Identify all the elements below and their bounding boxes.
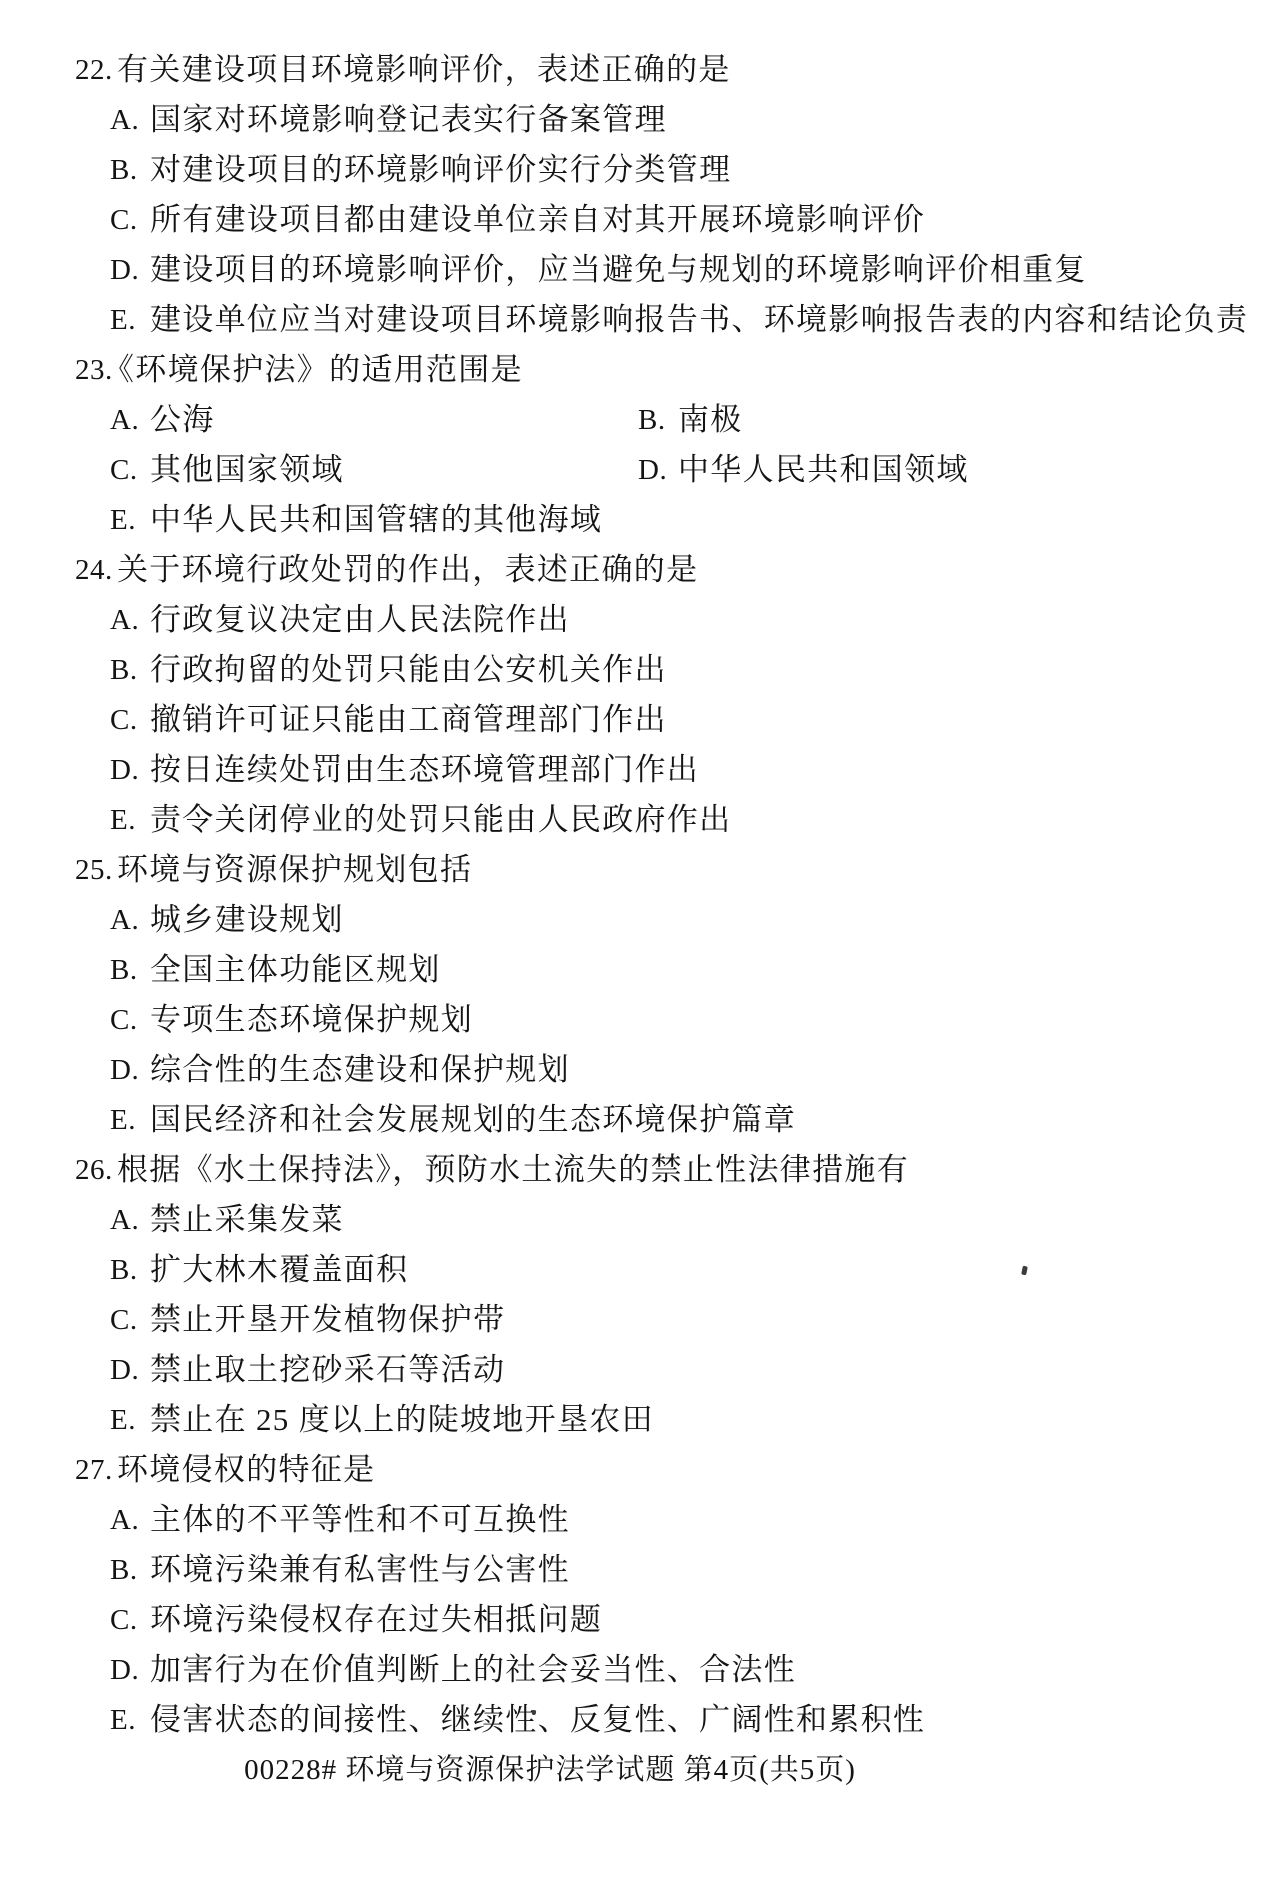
page-footer: 00228# 环境与资源保护法学试题 第4页(共5页)	[0, 1745, 1100, 1795]
option-row: E.建设单位应当对建设项目环境影响报告书、环境影响报告表的内容和结论负责	[0, 295, 1268, 345]
option-text: 撤销许可证只能由工商管理部门作出	[150, 695, 667, 745]
option-row: B.对建设项目的环境影响评价实行分类管理	[0, 145, 1268, 195]
option-row: A.国家对环境影响登记表实行备案管理	[0, 95, 1268, 145]
option-label: E.	[110, 1095, 150, 1145]
question: 22.有关建设项目环境影响评价，表述正确的是A.国家对环境影响登记表实行备案管理…	[0, 45, 1268, 345]
question-list: 22.有关建设项目环境影响评价，表述正确的是A.国家对环境影响登记表实行备案管理…	[0, 45, 1268, 1745]
question: 26.根据《水土保持法》，预防水土流失的禁止性法律措施有A.禁止采集发菜B.扩大…	[0, 1145, 1268, 1445]
question-head: 23.《环境保护法》的适用范围是	[0, 345, 1268, 395]
option: A.行政复议决定由人民法院作出	[110, 595, 570, 645]
option-label: B.	[110, 945, 150, 995]
option-row: A.禁止采集发菜	[0, 1195, 1268, 1245]
option: E.侵害状态的间接性、继续性、反复性、广阔性和累积性	[110, 1695, 925, 1745]
option-row: C.专项生态环境保护规划	[0, 995, 1268, 1045]
option-text: 行政拘留的处罚只能由公安机关作出	[150, 645, 667, 695]
option-row: C.撤销许可证只能由工商管理部门作出	[0, 695, 1268, 745]
question: 23.《环境保护法》的适用范围是A.公海B.南极C.其他国家领域D.中华人民共和…	[0, 345, 1268, 545]
option: E.禁止在 25 度以上的陡坡地开垦农田	[110, 1395, 654, 1445]
option-row: A.城乡建设规划	[0, 895, 1268, 945]
option-text: 国家对环境影响登记表实行备案管理	[150, 95, 667, 145]
question-head: 24.关于环境行政处罚的作出，表述正确的是	[0, 545, 1268, 595]
option-label: B.	[110, 145, 150, 195]
option-label: B.	[638, 395, 678, 445]
option: A.禁止采集发菜	[110, 1195, 344, 1245]
question-number: 27.	[75, 1445, 117, 1495]
option-text: 侵害状态的间接性、继续性、反复性、广阔性和累积性	[150, 1695, 925, 1745]
option-row: B.环境污染兼有私害性与公害性	[0, 1545, 1268, 1595]
option-text: 城乡建设规划	[150, 895, 344, 945]
option-text: 专项生态环境保护规划	[150, 995, 473, 1045]
option: C.专项生态环境保护规划	[110, 995, 473, 1045]
option: B.扩大林木覆盖面积	[110, 1245, 408, 1295]
option-label: C.	[110, 995, 150, 1045]
option-text: 其他国家领域	[150, 445, 344, 495]
option: E.国民经济和社会发展规划的生态环境保护篇章	[110, 1095, 796, 1145]
option-label: D.	[638, 445, 678, 495]
option-row: D.按日连续处罚由生态环境管理部门作出	[0, 745, 1268, 795]
option-row: D.综合性的生态建设和保护规划	[0, 1045, 1268, 1095]
option-row: E.国民经济和社会发展规划的生态环境保护篇章	[0, 1095, 1268, 1145]
option-label: D.	[110, 245, 150, 295]
option-row: E.责令关闭停业的处罚只能由人民政府作出	[0, 795, 1268, 845]
option-row: E.禁止在 25 度以上的陡坡地开垦农田	[0, 1395, 1268, 1445]
option-label: E.	[110, 295, 150, 345]
option-row: B.行政拘留的处罚只能由公安机关作出	[0, 645, 1268, 695]
option-label: A.	[110, 1495, 150, 1545]
question-stem: 有关建设项目环境影响评价，表述正确的是	[117, 45, 731, 95]
option-label: A.	[110, 595, 150, 645]
option-row: E.侵害状态的间接性、继续性、反复性、广阔性和累积性	[0, 1695, 1268, 1745]
option-label: C.	[110, 445, 150, 495]
option-row: A.主体的不平等性和不可互换性	[0, 1495, 1268, 1545]
option-row: C.禁止开垦开发植物保护带	[0, 1295, 1268, 1345]
option: C.其他国家领域	[110, 445, 344, 495]
option-label: A.	[110, 95, 150, 145]
option: E.责令关闭停业的处罚只能由人民政府作出	[110, 795, 731, 845]
option: A.国家对环境影响登记表实行备案管理	[110, 95, 667, 145]
option-text: 扩大林木覆盖面积	[150, 1245, 408, 1295]
option-text: 按日连续处罚由生态环境管理部门作出	[150, 745, 699, 795]
question: 24.关于环境行政处罚的作出，表述正确的是A.行政复议决定由人民法院作出B.行政…	[0, 545, 1268, 845]
option-text: 环境污染侵权存在过失相抵问题	[150, 1595, 602, 1645]
option-label: A.	[110, 1195, 150, 1245]
option: A.主体的不平等性和不可互换性	[110, 1495, 570, 1545]
option-text: 禁止取土挖砂采石等活动	[150, 1345, 505, 1395]
question-number: 22.	[75, 45, 117, 95]
option-label: D.	[110, 745, 150, 795]
option-label: C.	[110, 1295, 150, 1345]
question-head: 25.环境与资源保护规划包括	[0, 845, 1268, 895]
option-row: C.其他国家领域D.中华人民共和国领域	[0, 445, 1268, 495]
question-number: 26.	[75, 1145, 117, 1195]
option-row: D.建设项目的环境影响评价，应当避免与规划的环境影响评价相重复	[0, 245, 1268, 295]
option-text: 全国主体功能区规划	[150, 945, 441, 995]
option-label: C.	[110, 195, 150, 245]
option-row: D.加害行为在价值判断上的社会妥当性、合法性	[0, 1645, 1268, 1695]
option-text: 责令关闭停业的处罚只能由人民政府作出	[150, 795, 731, 845]
option-row: E.中华人民共和国管辖的其他海域	[0, 495, 1268, 545]
option-text: 对建设项目的环境影响评价实行分类管理	[150, 145, 731, 195]
option-text: 建设项目的环境影响评价，应当避免与规划的环境影响评价相重复	[150, 245, 1087, 295]
option-text: 建设单位应当对建设项目环境影响报告书、环境影响报告表的内容和结论负责	[150, 295, 1248, 345]
option: B.对建设项目的环境影响评价实行分类管理	[110, 145, 731, 195]
option-text: 环境污染兼有私害性与公害性	[150, 1545, 570, 1595]
option-row: D.禁止取土挖砂采石等活动	[0, 1345, 1268, 1395]
option: D.综合性的生态建设和保护规划	[110, 1045, 570, 1095]
option: E.中华人民共和国管辖的其他海域	[110, 495, 602, 545]
question-head: 22.有关建设项目环境影响评价，表述正确的是	[0, 45, 1268, 95]
option: D.中华人民共和国领域	[638, 445, 969, 495]
option-row: A.公海B.南极	[0, 395, 1268, 445]
option-label: C.	[110, 695, 150, 745]
question-head: 27.环境侵权的特征是	[0, 1445, 1268, 1495]
option-label: B.	[110, 1545, 150, 1595]
option-text: 行政复议决定由人民法院作出	[150, 595, 570, 645]
option-row: C.所有建设项目都由建设单位亲自对其开展环境影响评价	[0, 195, 1268, 245]
option-row: B.扩大林木覆盖面积	[0, 1245, 1268, 1295]
question-stem: 《环境保护法》的适用范围是	[103, 345, 523, 395]
option-label: E.	[110, 1695, 150, 1745]
option-text: 所有建设项目都由建设单位亲自对其开展环境影响评价	[150, 195, 925, 245]
option-row: C.环境污染侵权存在过失相抵问题	[0, 1595, 1268, 1645]
option-label: B.	[110, 1245, 150, 1295]
question-number: 24.	[75, 545, 117, 595]
option-row: A.行政复议决定由人民法院作出	[0, 595, 1268, 645]
question-stem: 关于环境行政处罚的作出，表述正确的是	[117, 545, 698, 595]
option: B.环境污染兼有私害性与公害性	[110, 1545, 570, 1595]
option-text: 中华人民共和国领域	[678, 445, 969, 495]
option-text: 禁止在 25 度以上的陡坡地开垦农田	[150, 1395, 654, 1445]
option: B.全国主体功能区规划	[110, 945, 441, 995]
option-label: D.	[110, 1045, 150, 1095]
question-stem: 环境与资源保护规划包括	[117, 845, 472, 895]
option-text: 综合性的生态建设和保护规划	[150, 1045, 570, 1095]
option-text: 禁止开垦开发植物保护带	[150, 1295, 505, 1345]
option: A.公海	[110, 395, 215, 445]
option-label: E.	[110, 495, 150, 545]
question-number: 25.	[75, 845, 117, 895]
option: E.建设单位应当对建设项目环境影响报告书、环境影响报告表的内容和结论负责	[110, 295, 1248, 345]
option-label: D.	[110, 1645, 150, 1695]
option-label: A.	[110, 395, 150, 445]
option-label: C.	[110, 1595, 150, 1645]
option-row: B.全国主体功能区规划	[0, 945, 1268, 995]
option-label: E.	[110, 795, 150, 845]
option: C.所有建设项目都由建设单位亲自对其开展环境影响评价	[110, 195, 925, 245]
option: C.环境污染侵权存在过失相抵问题	[110, 1595, 602, 1645]
option: D.禁止取土挖砂采石等活动	[110, 1345, 505, 1395]
option-text: 主体的不平等性和不可互换性	[150, 1495, 570, 1545]
option: D.加害行为在价值判断上的社会妥当性、合法性	[110, 1645, 796, 1695]
option-text: 南极	[678, 395, 743, 445]
option-label: B.	[110, 645, 150, 695]
option: B.行政拘留的处罚只能由公安机关作出	[110, 645, 667, 695]
option: B.南极	[638, 395, 743, 445]
option-text: 加害行为在价值判断上的社会妥当性、合法性	[150, 1645, 796, 1695]
option: D.按日连续处罚由生态环境管理部门作出	[110, 745, 699, 795]
question-stem: 环境侵权的特征是	[117, 1445, 375, 1495]
option-text: 国民经济和社会发展规划的生态环境保护篇章	[150, 1095, 796, 1145]
option: C.禁止开垦开发植物保护带	[110, 1295, 505, 1345]
option-label: D.	[110, 1345, 150, 1395]
option: A.城乡建设规划	[110, 895, 344, 945]
question: 27.环境侵权的特征是A.主体的不平等性和不可互换性B.环境污染兼有私害性与公害…	[0, 1445, 1268, 1745]
question: 25.环境与资源保护规划包括A.城乡建设规划B.全国主体功能区规划C.专项生态环…	[0, 845, 1268, 1145]
question-stem: 根据《水土保持法》，预防水土流失的禁止性法律措施有	[117, 1145, 909, 1195]
option-text: 禁止采集发菜	[150, 1195, 344, 1245]
option-text: 公海	[150, 395, 215, 445]
exam-page: 22.有关建设项目环境影响评价，表述正确的是A.国家对环境影响登记表实行备案管理…	[0, 0, 1268, 1896]
question-head: 26.根据《水土保持法》，预防水土流失的禁止性法律措施有	[0, 1145, 1268, 1195]
option: C.撤销许可证只能由工商管理部门作出	[110, 695, 667, 745]
option: D.建设项目的环境影响评价，应当避免与规划的环境影响评价相重复	[110, 245, 1087, 295]
option-label: E.	[110, 1395, 150, 1445]
option-text: 中华人民共和国管辖的其他海域	[150, 495, 602, 545]
option-label: A.	[110, 895, 150, 945]
